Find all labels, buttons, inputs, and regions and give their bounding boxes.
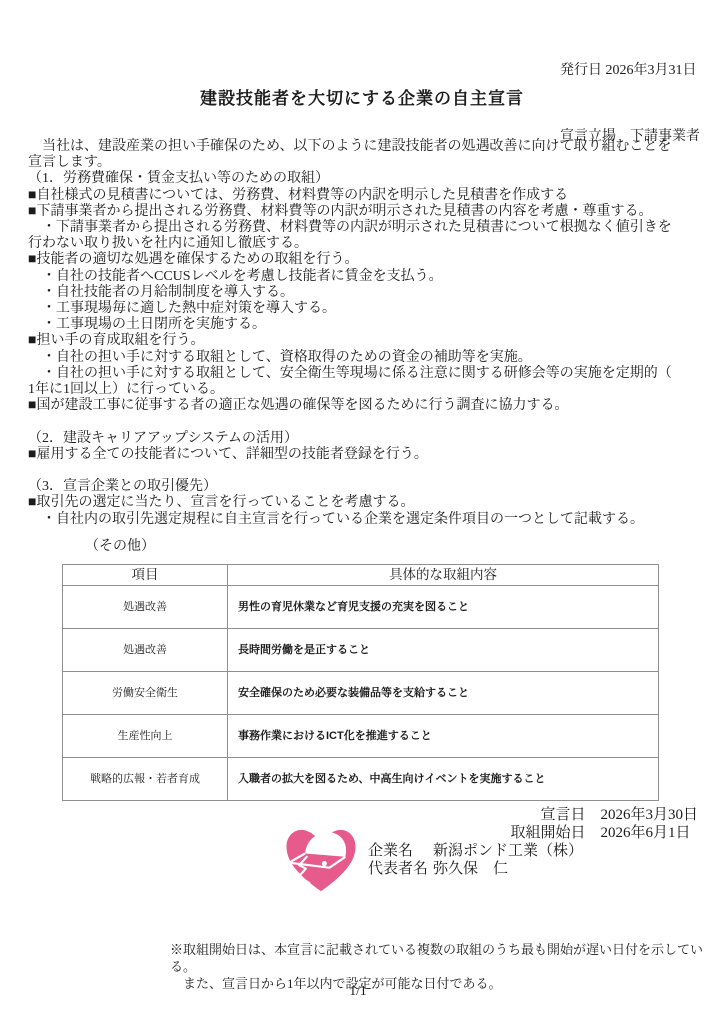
body-line: ・自社技能者の月給制制度を導入する。 [28,285,704,301]
company-name: 新潟ポンド工業（株） [433,842,583,860]
document-page: 発行日 2026年3月31日 宣言立場 下請事業者 建設技能者を大切にする企業の… [0,0,724,1024]
item-cell: 労働安全衛生 [63,672,228,715]
body-line: ・自社の技能者へCCUSレベルを考慮し技能者に賃金を支払う。 [28,269,704,285]
other-section-heading: （その他） [28,539,704,555]
start-date-label: 取組開始日 [510,824,585,842]
body-line: ・自社の担い手に対する取組として、資格取得のための資金の補助等を実施。 [28,350,704,366]
body-line: ・自社の担い手に対する取組として、安全衛生等現場に係る注意に関する研修会等の実施… [28,366,704,382]
page-title: 建設技能者を大切にする企業の自主宣言 [0,84,724,109]
body-line: ■技能者の適切な処遇を確保するための取組を行う。 [28,252,704,268]
column-header-detail: 具体的な取組内容 [228,565,659,586]
footnote-line: ※取組開始日は、本宣言に記載されている複数の取組のうち最も開始が遅い日付を示して… [170,941,714,975]
other-initiatives-table: 項目 具体的な取組内容 処遇改善 男性の育児休業など育児支援の充実を図ること 処… [62,564,659,801]
representative-name: 弥久保 仁 [433,860,583,878]
section-1-heading: （1．労務費確保・賃金支払い等のための取組） [28,171,704,187]
representative-label: 代表者名 [368,860,432,878]
item-cell: 生産性向上 [63,715,228,758]
body-line: ・自社内の取引先選定規程に自主宣言を行っている企業を選定条件項目の一つとして記載… [28,512,704,528]
body-line: ■取引先の選定に当たり、宣言を行っていることを考慮する。 [28,495,704,511]
body-line: 当社は、建設産業の担い手確保のため、以下のように建設技能者の処遇改善に向けて取り… [28,139,704,155]
detail-cell: 安全確保のため必要な装備品等を支給すること [228,672,659,715]
body-text: 当社は、建設産業の担い手確保のため、以下のように建設技能者の処遇改善に向けて取り… [28,139,704,801]
declaration-date-label: 宣言日 [510,806,585,824]
detail-cell: 入職者の拡大を図るため、中高生向けイベントを実施すること [228,758,659,801]
body-line: 行わない取り扱いを社内に通知し徹底する。 [28,236,704,252]
body-line: 宣言します。 [28,155,704,171]
item-cell: 処遇改善 [63,629,228,672]
page-number: 1/1 [0,983,716,999]
section-2-heading: （2．建設キャリアアップシステムの活用） [28,431,704,447]
body-line: ・工事現場の土日閉所を実施する。 [28,317,704,333]
body-line: ■担い手の育成取組を行う。 [28,333,704,349]
table-row: 処遇改善 長時間労働を是正すること [63,629,659,672]
start-date-value: 2026年6月1日 [600,824,698,842]
detail-cell: 事務作業におけるICT化を推進すること [228,715,659,758]
detail-cell: 男性の育児休業など育児支援の充実を図ること [228,586,659,629]
spacer [28,463,704,479]
heart-helmet-logo-icon [279,819,363,903]
signature-company: 企業名 新潟ポンド工業（株） 代表者名 弥久保 仁 [368,842,583,879]
body-line: ■雇用する全ての技能者について、詳細型の技能者登録を行う。 [28,447,704,463]
body-line: ■国が建設工事に従事する者の適正な処遇の確保等を図るために行う調査に協力する。 [28,398,704,414]
item-cell: 処遇改善 [63,586,228,629]
table-row: 処遇改善 男性の育児休業など育児支援の充実を図ること [63,586,659,629]
detail-cell: 長時間労働を是正すること [228,629,659,672]
body-line: ・下請事業者から提出される労務費、材料費等の内訳が明示された見積書について根拠な… [28,220,704,236]
item-cell: 戦略的広報・若者育成 [63,758,228,801]
body-line: ■自社様式の見積書については、労務費、材料費等の内訳を明示した見積書を作成する [28,188,704,204]
table-row: 戦略的広報・若者育成 入職者の拡大を図るため、中高生向けイベントを実施すること [63,758,659,801]
body-line: ・工事現場毎に適した熱中症対策を導入する。 [28,301,704,317]
column-header-item: 項目 [63,565,228,586]
spacer [28,414,704,430]
body-line: ■下請事業者から提出される労務費、材料費等の内訳が明示された見積書の内容を考慮・… [28,204,704,220]
section-3-heading: （3．宣言企業との取引優先） [28,479,704,495]
table-row: 労働安全衛生 安全確保のため必要な装備品等を支給すること [63,672,659,715]
table-row: 生産性向上 事務作業におけるICT化を推進すること [63,715,659,758]
issue-date: 発行日 2026年3月31日 [560,60,700,82]
company-label: 企業名 [368,842,432,860]
body-line: 1年に1回以上）に行っている。 [28,382,704,398]
declaration-date-value: 2026年3月30日 [600,806,698,824]
signature-dates: 宣言日 2026年3月30日 取組開始日 2026年6月1日 [510,806,698,843]
table-header-row: 項目 具体的な取組内容 [63,565,659,586]
